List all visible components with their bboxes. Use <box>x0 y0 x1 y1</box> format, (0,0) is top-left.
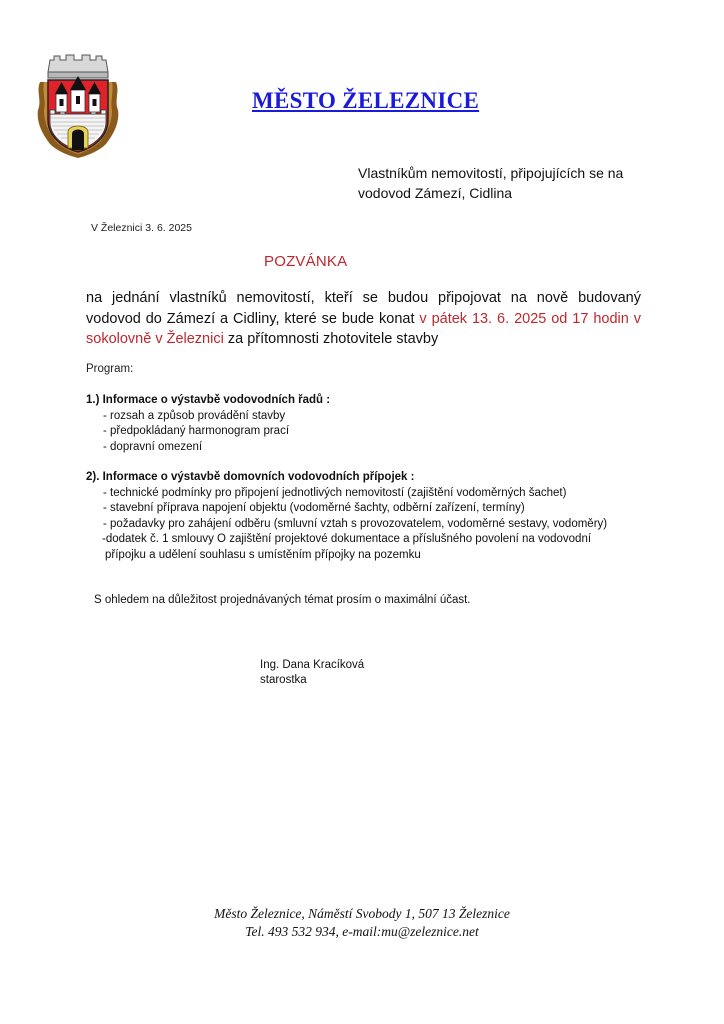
list-item-continuation: přípojku a udělení souhlasu s umístěním … <box>86 548 607 564</box>
invitation-heading: POZVÁNKA <box>264 253 347 270</box>
list-item: - předpokládaný harmonogram prací <box>86 424 330 440</box>
program-section-2: 2). Informace o výstavbě domovních vodov… <box>86 470 607 563</box>
recipient-line: vodovod Zámezí, Cidlina <box>358 183 623 203</box>
list-item: - dopravní omezení <box>86 440 330 456</box>
list-item: - rozsah a způsob provádění stavby <box>86 409 330 425</box>
signature-block: Ing. Dana Kracíková starostka <box>260 658 364 688</box>
list-item: -dodatek č. 1 smlouvy O zajištění projek… <box>86 532 607 548</box>
intro-paragraph: na jednání vlastníků nemovitostí, kteří … <box>86 288 641 350</box>
signatory-name: Ing. Dana Kracíková <box>260 658 364 673</box>
list-item: - požadavky pro zahájení odběru (smluvní… <box>86 517 607 533</box>
coat-of-arms-logo <box>36 52 120 160</box>
recipient-line: Vlastníkům nemovitostí, připojujících se… <box>358 163 623 183</box>
program-label: Program: <box>86 363 133 375</box>
section-heading: 1.) Informace o výstavbě vodovodních řad… <box>86 393 330 409</box>
section-heading: 2). Informace o výstavbě domovních vodov… <box>86 470 607 486</box>
recipient-block: Vlastníkům nemovitostí, připojujících se… <box>358 163 623 203</box>
list-item: - stavební příprava napojení objektu (vo… <box>86 501 607 517</box>
footer-contact: Tel. 493 532 934, e-mail:mu@zeleznice.ne… <box>0 923 724 941</box>
footer: Město Železnice, Náměstí Svobody 1, 507 … <box>0 905 724 941</box>
date-line: V Železnici 3. 6. 2025 <box>91 222 192 234</box>
closing-sentence: S ohledem na důležitost projednávaných t… <box>94 594 471 606</box>
intro-text-end: za přítomnosti zhotovitele stavby <box>224 331 438 347</box>
footer-address: Město Železnice, Náměstí Svobody 1, 507 … <box>0 905 724 923</box>
signatory-role: starostka <box>260 673 364 688</box>
page-title: MĚSTO ŽELEZNICE <box>252 88 479 114</box>
crest-icon <box>36 52 120 160</box>
list-item: - technické podmínky pro připojení jedno… <box>86 486 607 502</box>
program-section-1: 1.) Informace o výstavbě vodovodních řad… <box>86 393 330 455</box>
